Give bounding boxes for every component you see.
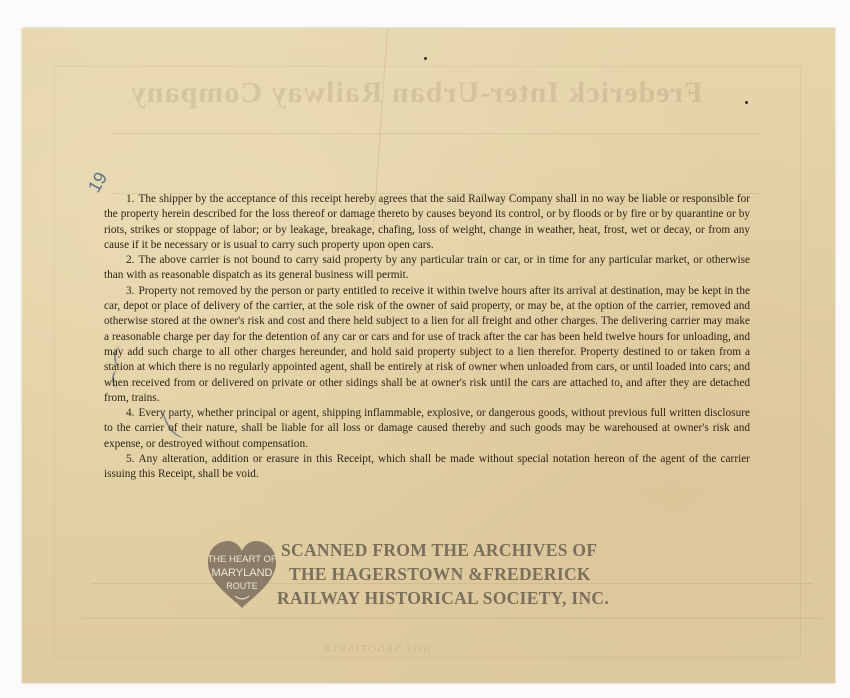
term-paragraph: 2.The above carrier is not bound to carr…	[104, 253, 750, 284]
archive-line-3: RAILWAY HISTORICAL SOCIETY, INC.	[277, 586, 637, 610]
logo-line-2: MARYLAND	[212, 567, 273, 579]
term-text: Any alteration, addition or erasure in t…	[104, 453, 750, 480]
logo-line-3: ROUTE	[226, 581, 258, 591]
heart-of-maryland-logo-icon: THE HEART OF MARYLAND ROUTE	[205, 538, 279, 610]
archive-watermark: THE HEART OF MARYLAND ROUTE SCANNED FROM…	[205, 538, 635, 610]
archive-credit-text: SCANNED FROM THE ARCHIVES OF THE HAGERST…	[277, 538, 637, 610]
term-paragraph: 4.Every party, whether principal or agen…	[104, 406, 750, 452]
bleed-through-rule	[82, 618, 822, 619]
term-number: 2.	[126, 254, 134, 266]
term-number: 3.	[126, 285, 134, 297]
term-number: 1.	[126, 193, 134, 205]
terms-and-conditions: 1.The shipper by the acceptance of this …	[104, 192, 750, 483]
archive-line-2: THE HAGERSTOWN &FREDERICK	[277, 562, 637, 586]
scanned-document-page: Frederick Inter-Urban Railway Company NO…	[0, 0, 850, 698]
term-text: Every party, whether principal or agent,…	[104, 407, 750, 450]
logo-line-1: THE HEART OF	[207, 554, 277, 565]
term-paragraph: 1.The shipper by the acceptance of this …	[104, 192, 750, 253]
term-text: Property not removed by the person or pa…	[104, 285, 750, 404]
bleed-through-rule	[112, 133, 762, 134]
bleed-through-footer: NOT NEGOTIABLE	[322, 643, 431, 655]
bleed-through-title: Frederick Inter-Urban Railway Company	[130, 76, 703, 110]
term-paragraph: 5.Any alteration, addition or erasure in…	[104, 452, 750, 483]
term-number: 5.	[126, 453, 134, 465]
archive-line-1: SCANNED FROM THE ARCHIVES OF	[277, 538, 637, 562]
speck	[424, 57, 427, 60]
term-number: 4.	[126, 407, 134, 419]
term-text: The above carrier is not bound to carry …	[104, 254, 750, 281]
speck	[745, 101, 748, 104]
term-text: The shipper by the acceptance of this re…	[104, 193, 750, 251]
term-paragraph: 3.Property not removed by the person or …	[104, 284, 750, 406]
